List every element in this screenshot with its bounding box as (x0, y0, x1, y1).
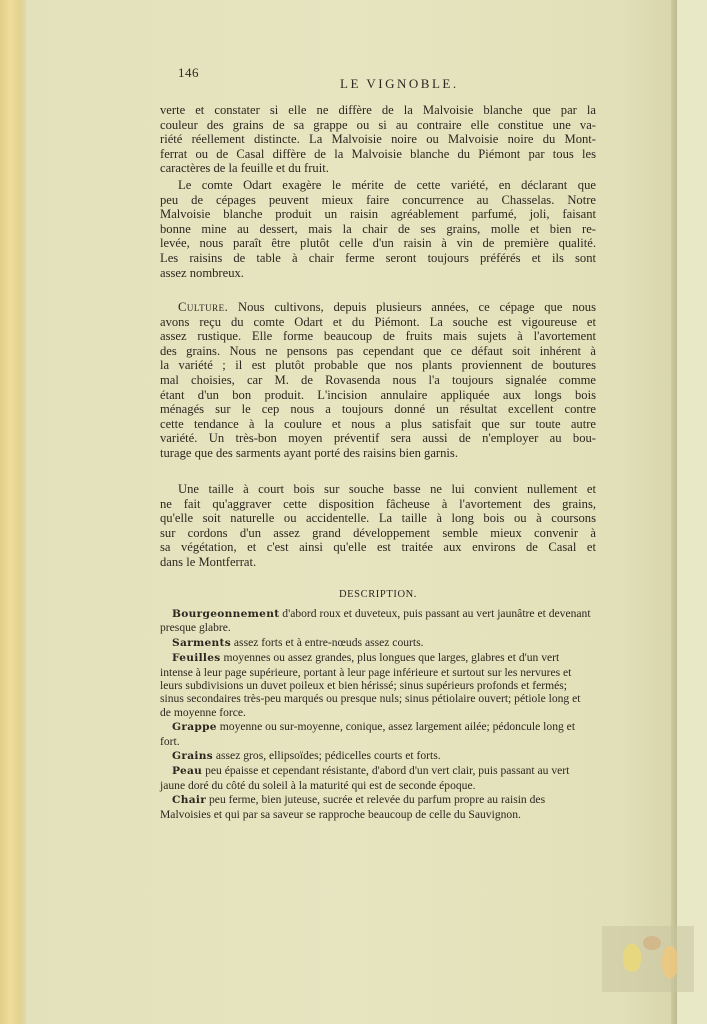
description-term: Grappe (160, 721, 217, 733)
text-line: caractères de la feuille et du fruit. (160, 161, 596, 176)
text-line: Malvoisie blanche produit un raisin agré… (160, 207, 596, 222)
text-line: ne fait qu'aggraver cette disposition fâ… (160, 497, 596, 512)
text-line: sur cordons d'un assez grand développeme… (160, 526, 596, 541)
description-text: assez gros, ellipsoïdes; pédicelles cour… (213, 749, 441, 762)
description-entry-grains: Grains assez gros, ellipsoïdes; pédicell… (160, 749, 592, 763)
text-line: cette tendance à la coulure et nous a pl… (160, 417, 596, 432)
text-line: assez rustique. Elle forme beaucoup de f… (160, 329, 596, 344)
text-line: des grains. Nous ne pensons pas cependan… (160, 344, 596, 359)
text-line: mal choisies, car M. de Rovasenda nous l… (160, 373, 596, 388)
description-entry-bourgeonnement: Bourgeonnement d'abord roux et duveteux,… (160, 607, 592, 635)
artifact-highlight (643, 936, 661, 950)
next-page-leaf (677, 0, 707, 1024)
text-line: riété réellement distincte. La Malvoisie… (160, 132, 596, 147)
running-head: LE VIGNOBLE. (340, 76, 459, 92)
description-term: Grains (160, 750, 213, 762)
description-term: Chair (160, 794, 206, 806)
paragraph-culture: Culture. Nous cultivons, depuis plusieur… (160, 300, 596, 461)
description-text: peu épaisse et cependant résistante, d'a… (160, 764, 569, 791)
text-line: la variété ; il est plutôt probable que … (160, 358, 596, 373)
text-line: étant d'un bon produit. L'incision annul… (160, 388, 596, 403)
description-entry-feuilles: Feuilles moyennes ou assez grandes, plus… (160, 651, 592, 719)
scan-artifact-watermark (602, 926, 694, 992)
paragraph-odart: Le comte Odart exagère le mérite de cett… (160, 178, 596, 280)
text-line: variété. Un très-bon moyen préventif ser… (160, 431, 596, 446)
text-line: qu'elle soit naturelle ou accidentelle. … (160, 511, 596, 526)
description-term: Feuilles (160, 652, 221, 664)
text-line: Les raisins de table à chair ferme seron… (160, 251, 596, 266)
text-line: Le comte Odart exagère le mérite de cett… (160, 178, 596, 193)
text-line: couleur des grains de sa grappe ou si au… (160, 118, 596, 133)
description-text: assez forts et à entre-nœuds assez court… (231, 636, 424, 649)
text-line: peu de cépages peuvent mieux faire concu… (160, 193, 596, 208)
artifact-highlight (623, 944, 641, 972)
text-line: bonne mine au dessert, mais la chair de … (160, 222, 596, 237)
text-line: ferrat ou de Casal diffère de la Malvois… (160, 147, 596, 162)
description-text: moyennes ou assez grandes, plus longues … (160, 651, 581, 719)
description-entry-grappe: Grappe moyenne ou sur-moyenne, conique, … (160, 720, 592, 748)
paragraph-taille: Une taille à court bois sur souche basse… (160, 482, 596, 570)
description-text: peu ferme, bien juteuse, sucrée et relev… (160, 793, 545, 820)
paragraph-continuation: verte et constater si elle ne diffère de… (160, 103, 596, 176)
text-line-rest: Nous cultivons, depuis plusieurs années,… (228, 300, 596, 314)
description-text: moyenne ou sur-moyenne, conique, assez l… (160, 720, 575, 747)
text-line: levée, nous paraît être plutôt celle d'u… (160, 236, 596, 251)
artifact-highlight (662, 946, 678, 978)
text-line: dans le Montferrat. (160, 555, 596, 570)
section-title-description: DESCRIPTION. (160, 589, 596, 600)
description-entry-sarments: Sarments assez forts et à entre-nœuds as… (160, 636, 592, 650)
text-line: sa végétation, et c'est ainsi qu'elle es… (160, 540, 596, 555)
description-term: Peau (160, 765, 202, 777)
page-number: 146 (178, 65, 199, 81)
culture-heading: Culture. (178, 300, 228, 314)
text-line: Culture. Nous cultivons, depuis plusieur… (160, 300, 596, 315)
text-line: verte et constater si elle ne diffère de… (160, 103, 596, 118)
description-term: Bourgeonnement (160, 608, 279, 620)
text-line: turage que des sarments ayant porté des … (160, 446, 596, 461)
description-list: Bourgeonnement d'abord roux et duveteux,… (160, 607, 592, 822)
text-line: avons reçu du comte Odart et du Piémont.… (160, 315, 596, 330)
description-entry-chair: Chair peu ferme, bien juteuse, sucrée et… (160, 793, 592, 821)
book-binding-edge (0, 0, 26, 1024)
text-line: Une taille à court bois sur souche basse… (160, 482, 596, 497)
text-line: assez nombreux. (160, 266, 596, 281)
text-line: ménagés sur le cep nous a toujours donné… (160, 402, 596, 417)
description-entry-peau: Peau peu épaisse et cependant résistante… (160, 764, 592, 792)
description-term: Sarments (160, 637, 231, 649)
